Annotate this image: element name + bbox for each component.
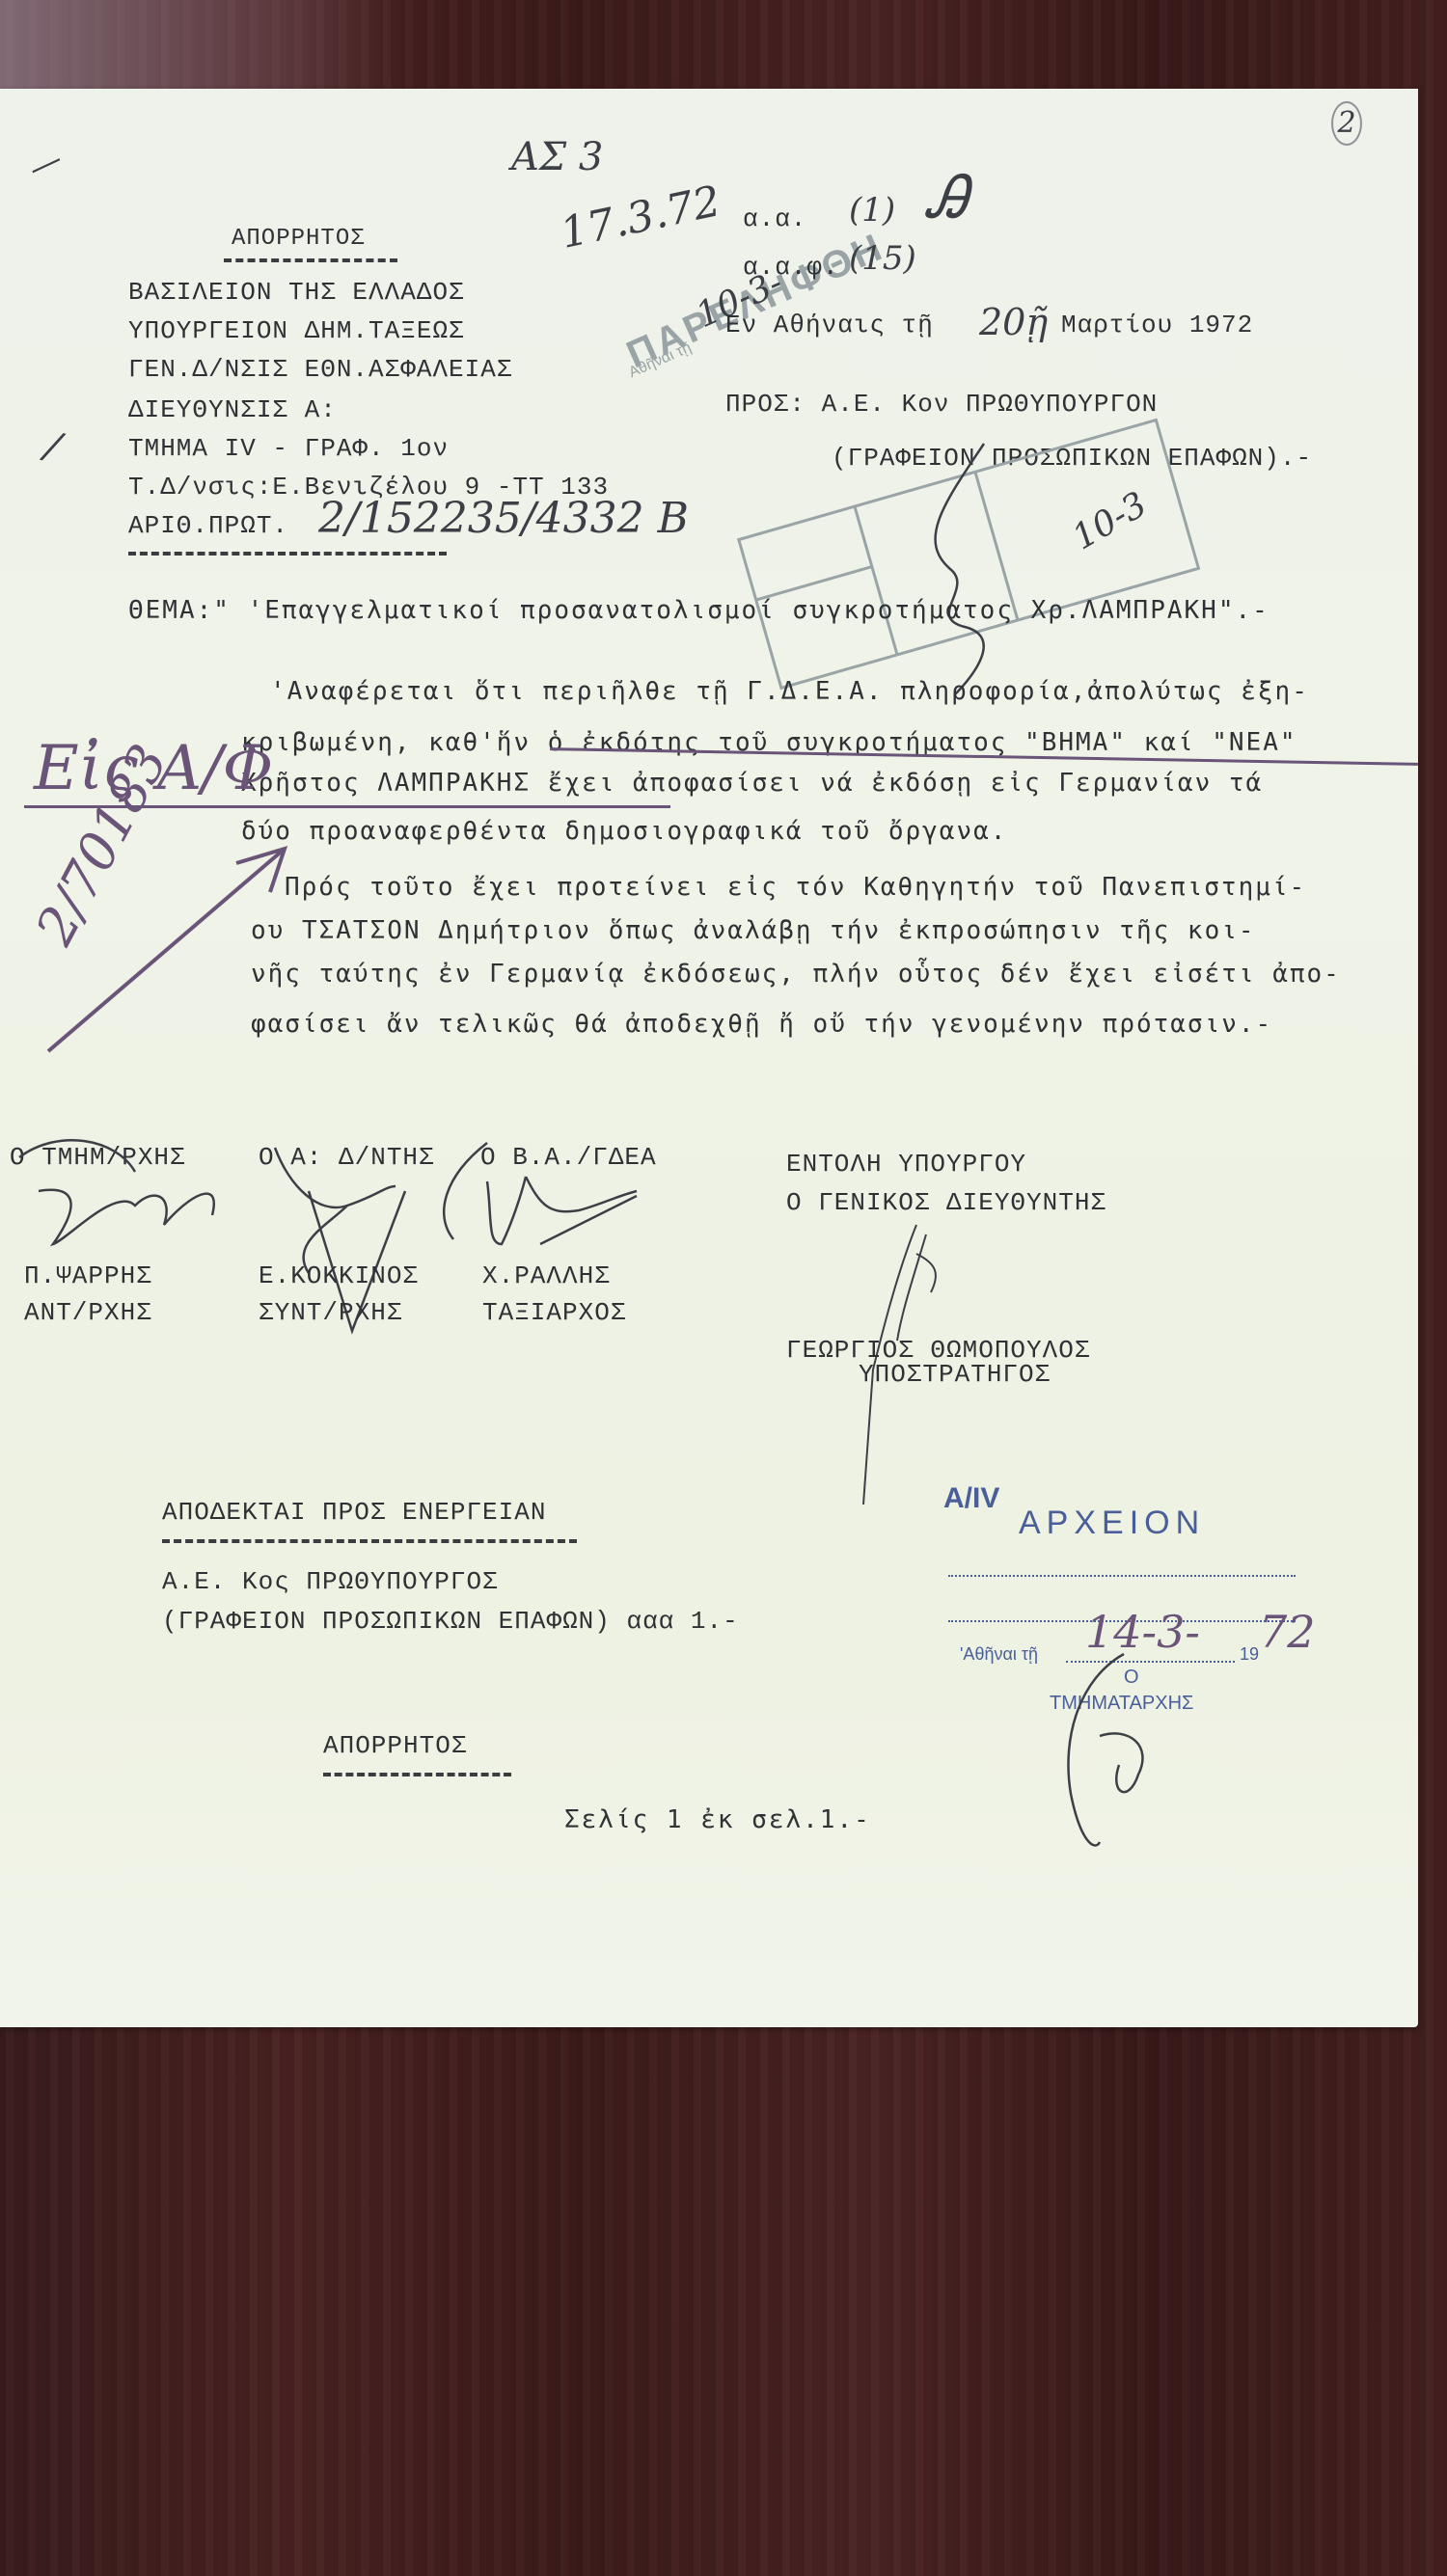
protocol-label: ΑΡΙΘ.ΠΡΩΤ. [128,511,288,540]
aa-line-2: α.α.φ. [743,253,839,282]
header-line-division: ΔΙΕΥΘΥΝΣΙΣ Α: [128,395,337,424]
archive-stamp-article: Ο [1124,1667,1139,1689]
background-glare [0,0,405,89]
signatory-1-role: Ο ΤΜΗΜ/ΡΧΗΣ [10,1143,186,1172]
recipient-1: Α.Ε. Κος ΠΡΩΘΥΠΟΥΡΓΟΣ [162,1567,499,1596]
signatory-1-name: Π.ΨΑΡΡΗΣ [24,1261,152,1290]
aa-initials: Ꭿ [926,164,968,231]
archive-stamp-signer: ΤΜΗΜΑΤΑΡΧΗΣ [1050,1693,1193,1715]
archive-stamp-section: Α/IV [943,1482,999,1515]
header-line-directorate: ΓΕΝ.Δ/ΝΣΙΣ ΕΘΝ.ΑΣΦΑΛΕΙΑΣ [128,355,512,384]
recipients-heading: ΑΠΟΔΕΚΤΑΙ ΠΡΟΣ ΕΝΕΡΓΕΙΑΝ [162,1498,546,1527]
paragraph-2-line-3: νῆς ταύτης ἐν Γερμανίᾳ ἐκδόσεως, πλήν οὗ… [251,960,1341,989]
classification-bottom-underline [323,1773,511,1776]
archive-stamp-place: 'Αθῆναι τῇ [960,1644,1038,1665]
protocol-number: 2/152235/4332 Β [318,494,689,543]
signatory-3-role: Ο Β.Α./ΓΔΕΑ [480,1143,657,1172]
aa-handwritten-2: (15) [849,239,916,278]
aa-handwritten-1: (1) [849,191,895,230]
paragraph-2-line-4: φασίσει ἄν τελικῶς θά ἀποδεχθῇ ἤ οὔ τήν … [251,1010,1272,1039]
signatory-3-rank: ΤΑΞΙΑΡΧΟΣ [482,1298,626,1327]
archive-stamp-handwritten-year: 72 [1259,1606,1316,1658]
header-line-ministry: ΥΠΟΥΡΓΕΙΟΝ ΔΗΜ.ΤΑΞΕΩΣ [128,316,465,345]
general-director-rank: ΥΠΟΣΤΡΑΤΗΓΟΣ [859,1360,1051,1389]
archive-stamp-date-line [1066,1661,1235,1663]
aa-line-1: α.α. [743,204,806,233]
date-prefix: Εν Αθήναις τῇ [725,311,934,339]
archive-stamp-line-1 [948,1575,1296,1577]
signatory-2-role: Ο Α: Δ/ΝΤΗΣ [259,1143,435,1172]
signatory-2-rank: ΣΥΝΤ/ΡΧΗΣ [259,1298,402,1327]
header-line-department: ΤΜΗΜΑ IV - ΓΡΑΦ. 1ον [128,434,449,463]
paragraph-1-line-1: 'Αναφέρεται ὅτι περιῆλθε τῇ Γ.Δ.Ε.Α. πλη… [270,677,1309,706]
archive-stamp-year-prefix: 19 [1240,1644,1259,1665]
signatory-2-name: Ε.ΚΟΚΚΙΝΟΣ [259,1261,419,1290]
paragraph-2-line-2: ου ΤΣΑΤΣΟΝ Δημήτριον ὅπως ἀναλάβῃ τήν ἐκ… [251,916,1256,945]
minister-order: ΕΝΤΟΛΗ ΥΠΟΥΡΓΟΥ [786,1150,1026,1179]
signatory-3-name: Χ.ΡΑΛΛΗΣ [482,1261,611,1290]
to-line-1: ΠΡΟΣ: Α.Ε. Κον ΠΡΩΘΥΠΟΥΡΓΟΝ [725,390,1158,419]
annotation-top-code: ΑΣ 3 [511,135,603,179]
page-number-circled: 2 [1331,101,1362,146]
paragraph-1-line-4: δύο προαναφερθέντα δημοσιογραφικά τοῦ ὄρ… [241,817,1007,846]
classification-bottom: ΑΠΟΡΡΗΤΟΣ [323,1731,467,1760]
date-suffix: Μαρτίου 1972 [1061,311,1253,339]
recipient-2: (ΓΡΑΦΕΙΟΝ ΠΡΟΣΩΠΙΚΩΝ ΕΠΑΦΩΝ) ααα 1.- [162,1607,739,1636]
archive-stamp-handwritten-date: 14-3- [1085,1606,1200,1658]
subject-line: ΘΕΜΑ:" 'Επαγγελματικοί προσανατολισμοί σ… [128,596,1270,625]
protocol-underline [128,552,447,556]
recipients-heading-underline [162,1539,577,1543]
date-day: 20ῇ [979,301,1048,343]
signatory-1-rank: ΑΝΤ/ΡΧΗΣ [24,1298,152,1327]
archive-stamp-title: ΑΡΧΕΙΟΝ [1019,1505,1205,1542]
paragraph-1-line-3: Χρῆστος ΛΑΜΠΡΑΚΗΣ ἔχει ἀποφασίσει νά ἐκδ… [241,769,1263,798]
classification-top: ΑΠΟΡΡΗΤΟΣ [232,226,366,252]
to-line-2: (ΓΡΑΦΕΙΟΝ ΠΡΟΣΩΠΙΚΩΝ ΕΠΑΦΩΝ).- [832,444,1312,473]
paragraph-2-line-1: Πρός τοῦτο ἔχει προτείνει εἰς τόν Καθηγη… [285,873,1306,902]
classification-top-underline [224,258,397,262]
header-line-kingdom: ΒΑΣΙΛΕΙΟΝ ΤΗΣ ΕΛΛΑΔΟΣ [128,278,465,307]
page-count: Σελίς 1 ἐκ σελ.1.- [564,1805,871,1834]
general-director-title: Ο ΓΕΝΙΚΟΣ ΔΙΕΥΘΥΝΤΗΣ [786,1188,1106,1217]
